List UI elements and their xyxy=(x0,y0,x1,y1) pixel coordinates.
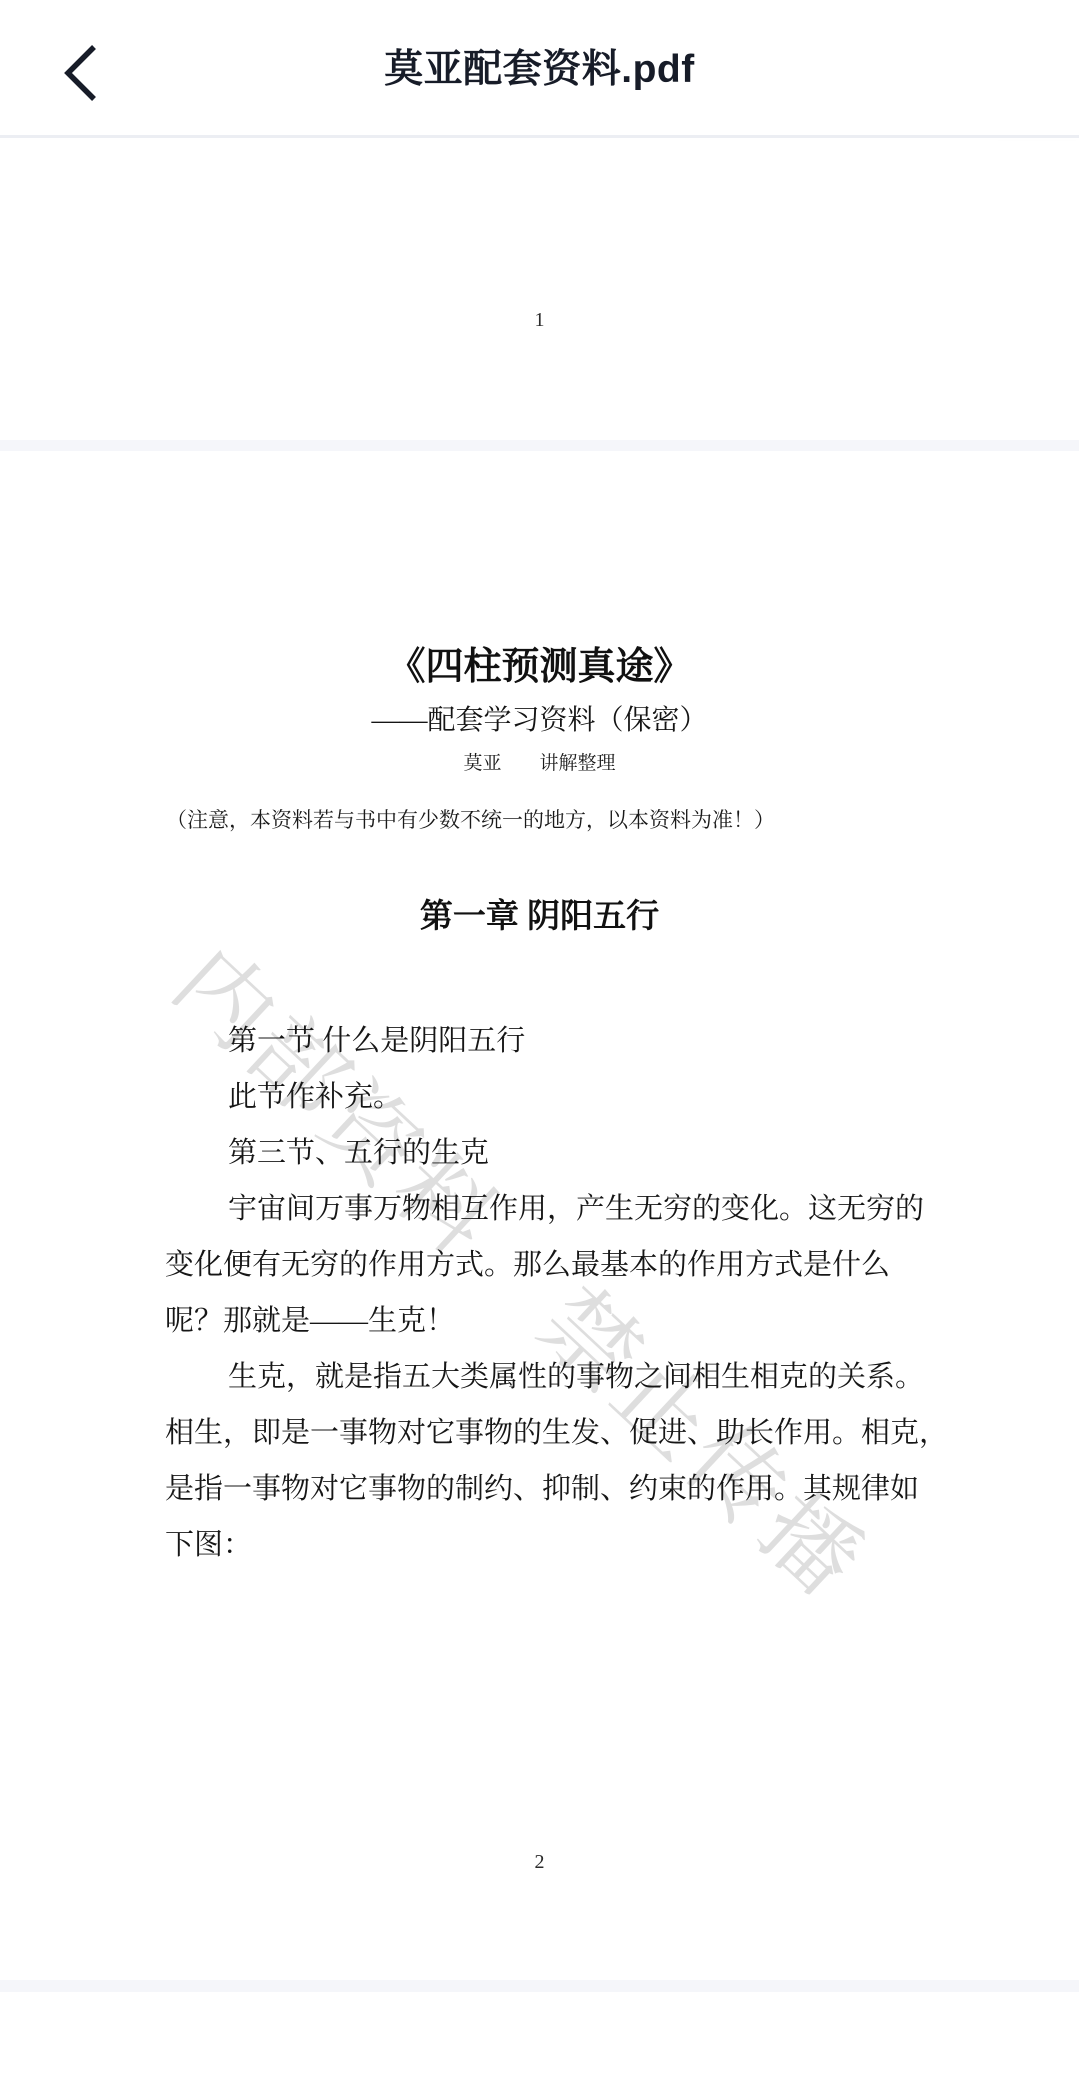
appbar: 莫亚配套资料.pdf xyxy=(0,0,1079,138)
pdf-page-1: 1 xyxy=(0,141,1079,440)
body-text: 第一节 什么是阴阳五行 此节作补充。 第三节、五行的生克 宇宙间万事万物相互作用… xyxy=(165,1013,935,1573)
pdf-page-2: 内部资料 禁止传播 《四柱预测真途》 ——配套学习资料（保密） 莫亚 讲解整理 … xyxy=(0,451,1079,1980)
page-number: 2 xyxy=(0,1850,1079,1874)
text-line: 呢？那就是——生克！ xyxy=(165,1293,935,1349)
text-line: 第三节、五行的生克 xyxy=(165,1125,935,1181)
doc-note: （注意，本资料若与书中有少数不统一的地方，以本资料为准！） xyxy=(166,807,775,833)
doc-subtitle: ——配套学习资料（保密） xyxy=(0,703,1079,739)
chapter-heading: 第一章 阴阳五行 xyxy=(0,897,1079,937)
text-line: 宇宙间万事万物相互作用，产生无穷的变化。这无穷的 xyxy=(165,1181,935,1237)
text-line: 变化便有无穷的作用方式。那么最基本的作用方式是什么 xyxy=(165,1237,935,1293)
page-gap xyxy=(0,440,1079,451)
doc-byline: 莫亚 讲解整理 xyxy=(0,751,1079,777)
pdf-page-3 xyxy=(0,1992,1079,2091)
page-gap xyxy=(0,1980,1079,1992)
text-line: 此节作补充。 xyxy=(165,1069,935,1125)
doc-title: 《四柱预测真途》 xyxy=(0,644,1079,690)
pdf-scroll-area[interactable]: 1 内部资料 禁止传播 《四柱预测真途》 ——配套学习资料（保密） 莫亚 讲解整… xyxy=(0,141,1079,2091)
text-line: 是指一事物对它事物的制约、抑制、约束的作用。其规律如 xyxy=(165,1461,935,1517)
text-line: 下图： xyxy=(165,1517,935,1573)
page-number: 1 xyxy=(0,308,1079,332)
file-title: 莫亚配套资料.pdf xyxy=(0,47,1079,93)
text-line: 第一节 什么是阴阳五行 xyxy=(165,1013,935,1069)
text-line: 相生，即是一事物对它事物的生发、促进、助长作用。相克， xyxy=(165,1405,935,1461)
text-line: 生克，就是指五大类属性的事物之间相生相克的关系。 xyxy=(165,1349,935,1405)
